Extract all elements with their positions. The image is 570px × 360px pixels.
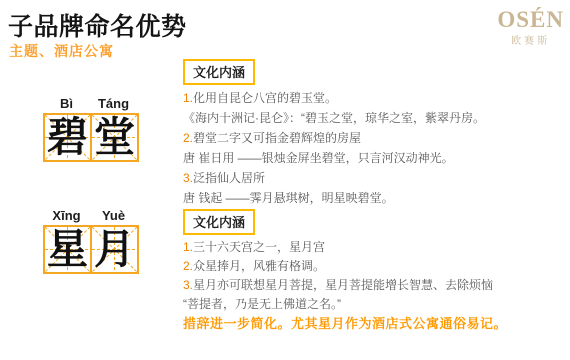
item-text: 唐 崔日用 ——银烛金屏坐碧堂，只言河汉动神光。 <box>183 151 454 165</box>
character-boxes: 碧 堂 <box>43 113 139 162</box>
brand-name-bitang: Bì Táng 碧 堂 <box>43 96 139 162</box>
slide: 子品牌命名优势 主题、酒店公寓 OSÉN 欧赛斯 Bì Táng 碧 <box>0 0 570 360</box>
conclusion-note: 措辞进一步简化。尤其星月作为酒店式公寓通俗易记。 <box>183 313 507 332</box>
logo-cjk-name: 欧赛斯 <box>497 32 564 47</box>
item-text: 三十六天宫之一，星月宫 <box>193 240 325 254</box>
brand-character: 堂 <box>92 115 137 160</box>
page-title: 子品牌命名优势 <box>8 7 187 43</box>
item-text: 唐 钱起 ——霁月悬琪树，明星映碧堂。 <box>183 191 394 205</box>
list-item: 2.碧堂二字又可指金碧辉煌的房屋 <box>183 128 567 148</box>
brand-character: 月 <box>92 227 137 272</box>
pinyin-label: Bì <box>43 96 90 112</box>
list-item: 1.化用自昆仑八宫的碧玉堂。 <box>183 88 567 108</box>
item-text: 众星捧月，风雅有格调。 <box>193 259 325 273</box>
pinyin-row: Bì Táng <box>43 96 139 112</box>
list-item: “菩提者，乃是无上佛道之名。” <box>183 295 567 314</box>
brand-name-xingyue: Xīng Yuè 星 月 <box>43 208 139 274</box>
list-item: 3.星月亦可联想星月菩提，星月菩提能增长智慧、去除烦恼 <box>183 276 567 295</box>
item-number: 3. <box>183 171 193 185</box>
item-text: “菩提者，乃是无上佛道之名。” <box>183 297 341 311</box>
list-item: 唐 钱起 ——霁月悬琪树，明星映碧堂。 <box>183 188 567 208</box>
character-boxes: 星 月 <box>43 225 139 274</box>
rice-grid-box: 碧 <box>43 113 92 162</box>
item-text: 星月亦可联想星月菩提，星月菩提能增长智慧、去除烦恼 <box>193 278 493 292</box>
pinyin-label: Xīng <box>43 208 90 224</box>
item-text: 碧堂二字又可指金碧辉煌的房屋 <box>193 131 361 145</box>
list-item: 1.三十六天宫之一，星月宫 <box>183 238 567 257</box>
rice-grid-box: 月 <box>90 225 139 274</box>
section-heading: 文化内涵 <box>183 59 255 85</box>
pinyin-label: Táng <box>90 96 137 112</box>
item-number: 1. <box>183 91 193 105</box>
culture-section-xingyue: 文化内涵 1.三十六天宫之一，星月宫 2.众星捧月，风雅有格调。 3.星月亦可联… <box>183 209 567 314</box>
list-item: 《海内十洲记·昆仑》：“碧玉之堂，琼华之室，紫翠丹房。 <box>183 108 567 128</box>
list-item: 唐 崔日用 ——银烛金屏坐碧堂，只言河汉动神光。 <box>183 148 567 168</box>
page-subtitle: 主题、酒店公寓 <box>9 41 114 61</box>
rice-grid-box: 星 <box>43 225 92 274</box>
logo-wordmark: OSÉN <box>497 8 564 31</box>
item-number: 2. <box>183 131 193 145</box>
rice-grid-box: 堂 <box>90 113 139 162</box>
item-number: 1. <box>183 240 193 254</box>
list-item: 3.泛指仙人居所 <box>183 168 567 188</box>
item-number: 3. <box>183 278 193 292</box>
item-text: 泛指仙人居所 <box>193 171 265 185</box>
item-number: 2. <box>183 259 193 273</box>
item-text: 《海内十洲记·昆仑》：“碧玉之堂，琼华之室，紫翠丹房。 <box>183 111 485 125</box>
list-item: 2.众星捧月，风雅有格调。 <box>183 257 567 276</box>
section-lines: 1.三十六天宫之一，星月宫 2.众星捧月，风雅有格调。 3.星月亦可联想星月菩提… <box>183 238 567 314</box>
item-text: 化用自昆仑八宫的碧玉堂。 <box>193 91 337 105</box>
brand-character: 碧 <box>45 115 90 160</box>
brand-logo: OSÉN 欧赛斯 <box>497 8 564 47</box>
section-heading: 文化内涵 <box>183 209 255 235</box>
pinyin-row: Xīng Yuè <box>43 208 139 224</box>
culture-section-bitang: 文化内涵 1.化用自昆仑八宫的碧玉堂。 《海内十洲记·昆仑》：“碧玉之堂，琼华之… <box>183 59 567 208</box>
pinyin-label: Yuè <box>90 208 137 224</box>
section-lines: 1.化用自昆仑八宫的碧玉堂。 《海内十洲记·昆仑》：“碧玉之堂，琼华之室，紫翠丹… <box>183 88 567 208</box>
brand-character: 星 <box>45 227 90 272</box>
